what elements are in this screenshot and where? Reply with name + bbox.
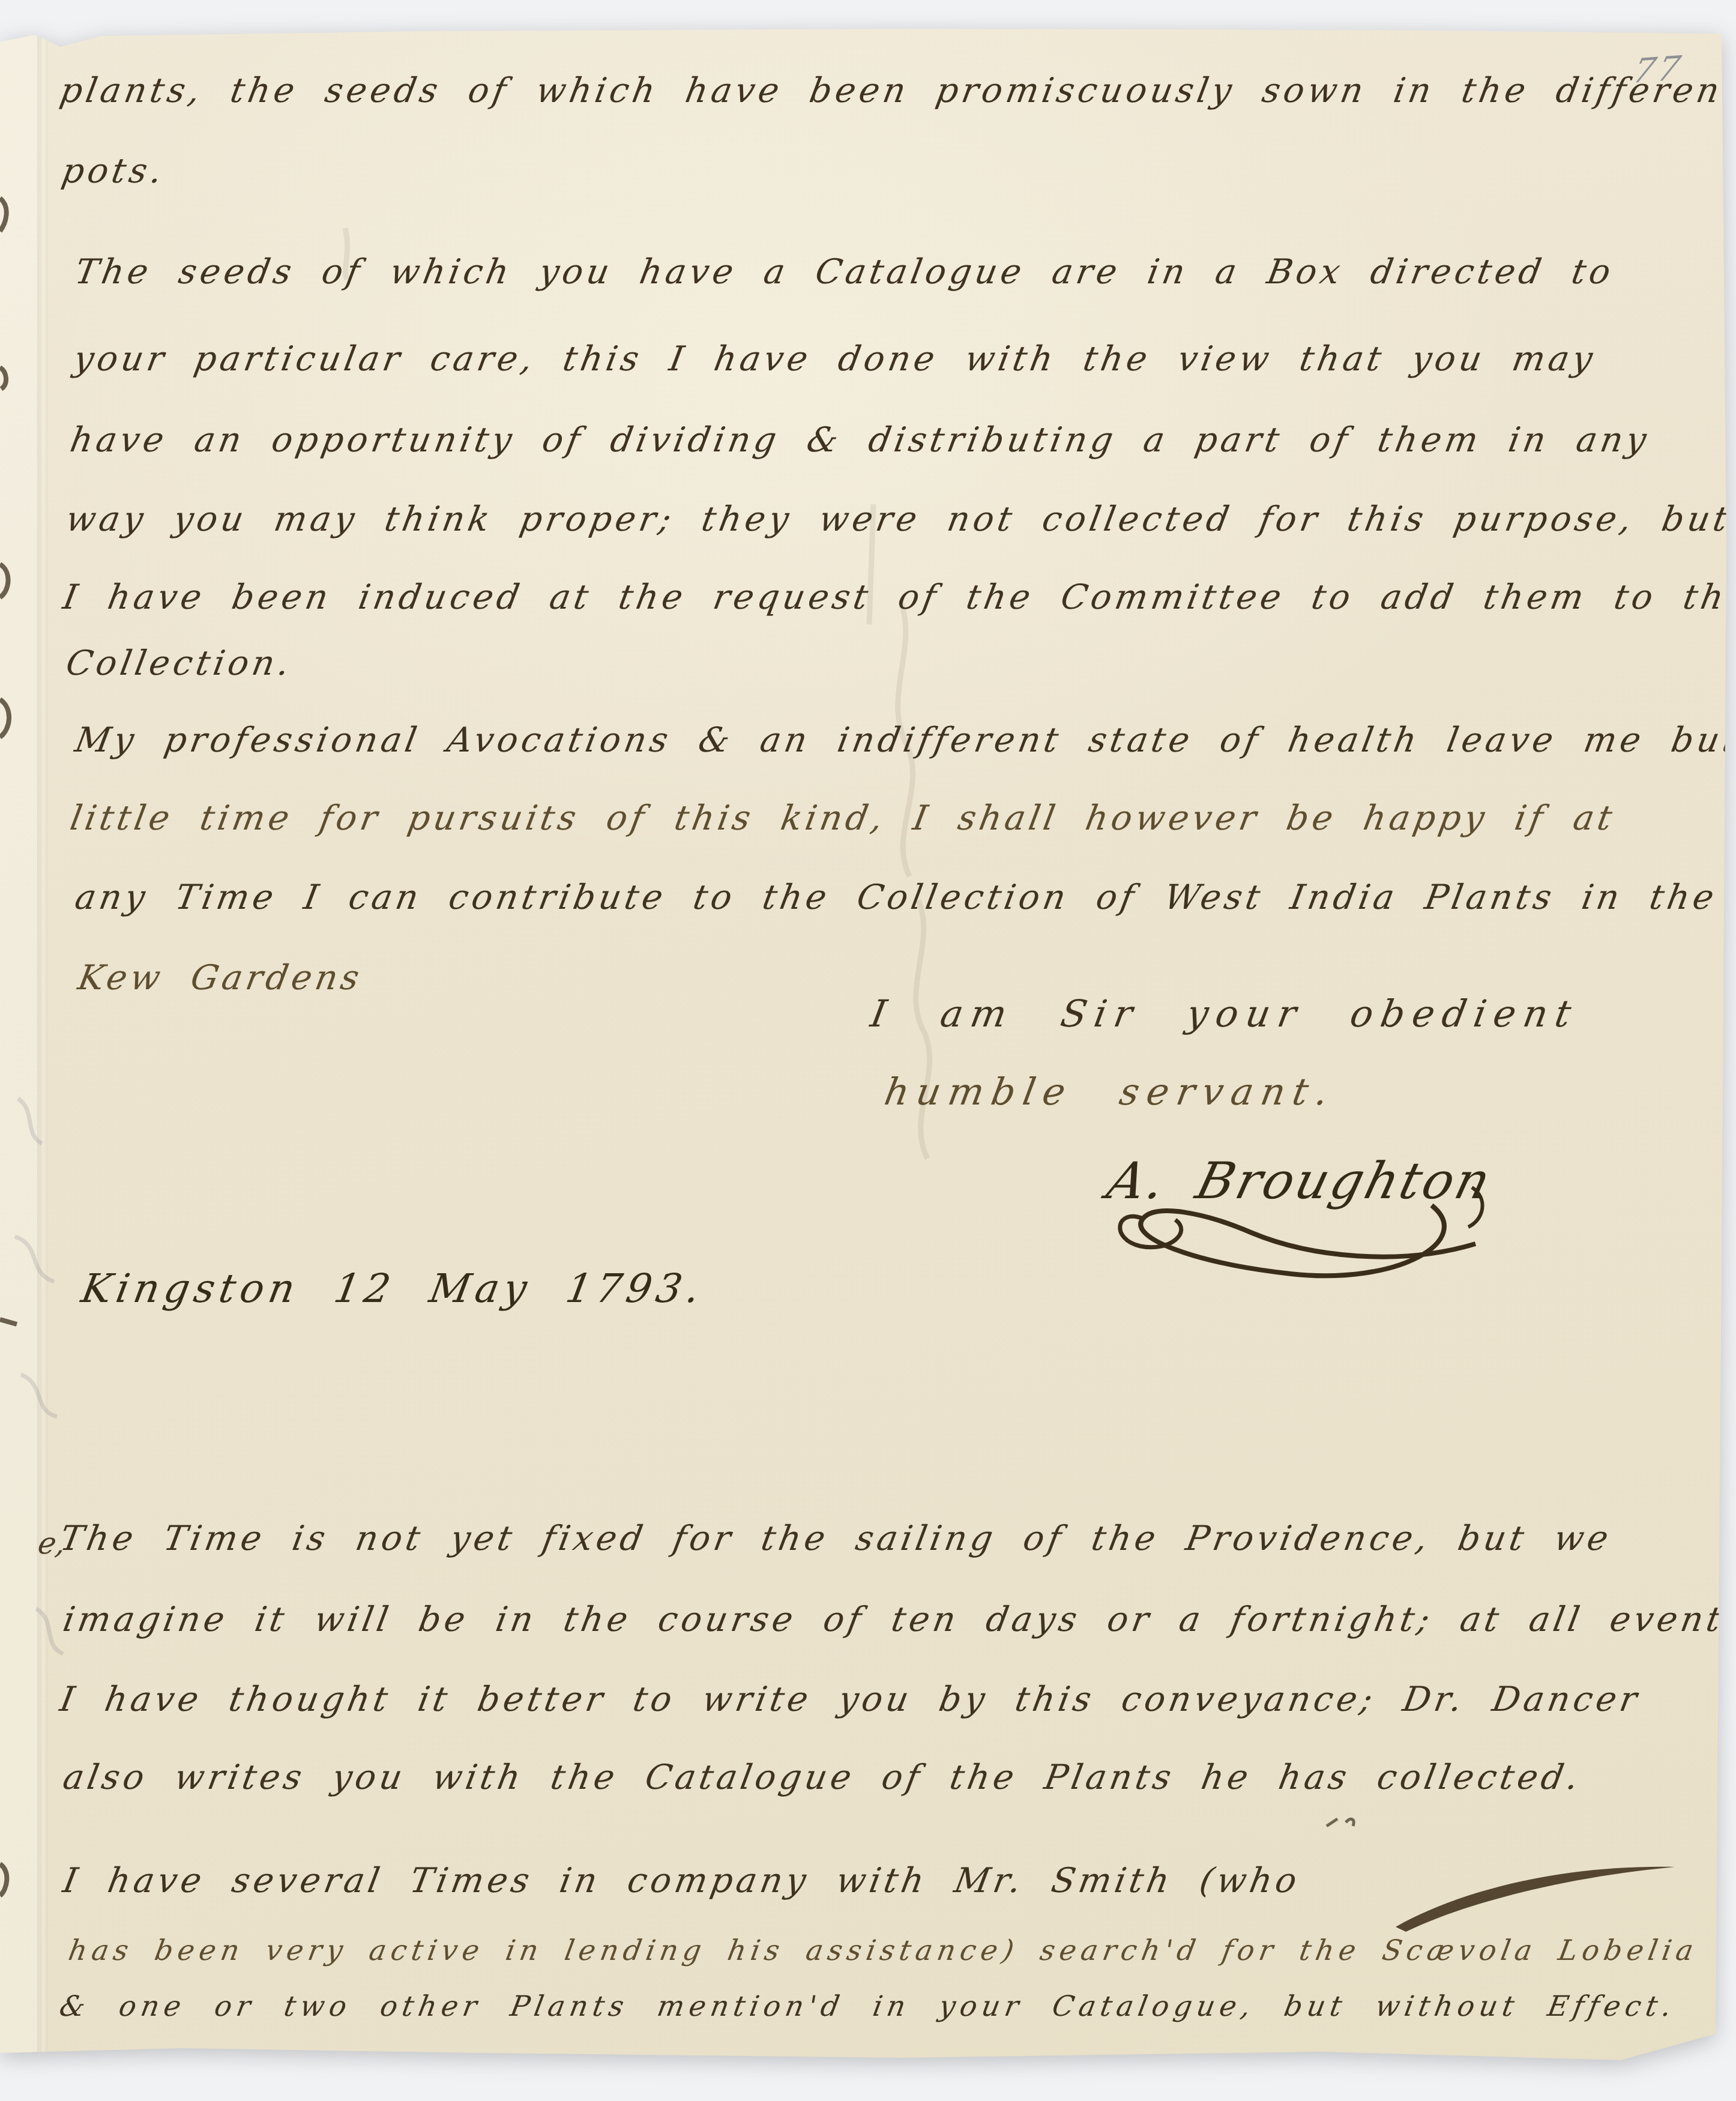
adjacent-page-edge xyxy=(0,0,40,2101)
closing-line-2: humble servant. xyxy=(881,1070,1339,1114)
body-line-7: I have been induced at the request of th… xyxy=(60,577,1736,617)
body-line-2: pots. xyxy=(59,151,169,191)
postscript-line-4: also writes you with the Catalogue of th… xyxy=(60,1758,1585,1797)
postscript-line-3: I have thought it better to write you by… xyxy=(57,1680,1644,1719)
postscript-line-1: The Time is not yet fixed for the sailin… xyxy=(57,1519,1615,1558)
left-fold-crease xyxy=(37,0,48,2101)
body-line-8: Collection. xyxy=(63,644,296,683)
postscript2-line-2: has been very active in lending his assi… xyxy=(66,1934,1701,1967)
body-line-9: My professional Avocations & an indiffer… xyxy=(72,720,1736,760)
body-line-10: little time for pursuits of this kind, I… xyxy=(67,798,1618,838)
letter-page: 77 plants, the seeds of which have been … xyxy=(0,0,1736,2101)
body-line-1: plants, the seeds of which have been pro… xyxy=(57,71,1736,110)
postscript2-line-3: & one or two other Plants mention'd in y… xyxy=(57,1990,1679,2023)
scan-background: 77 plants, the seeds of which have been … xyxy=(0,0,1736,2101)
postscript2-line-1: I have several Times in company with Mr.… xyxy=(60,1861,1303,1901)
body-line-3: The seeds of which you have a Catalogue … xyxy=(72,252,1617,292)
body-line-4: your particular care, this I have done w… xyxy=(71,339,1599,379)
body-line-6: way you may think proper; they were not … xyxy=(63,499,1734,539)
body-line-12: Kew Gardens xyxy=(75,958,366,998)
body-line-11: any Time I can contribute to the Collect… xyxy=(72,878,1720,917)
body-line-5: have an opportunity of dividing & distri… xyxy=(67,420,1653,460)
closing-line-1: I am Sir your obedient xyxy=(867,992,1582,1035)
signature: A. Broughton xyxy=(1102,1151,1498,1210)
dateline: Kingston 12 May 1793. xyxy=(78,1265,708,1312)
paper-shadow-wrap: 77 plants, the seeds of which have been … xyxy=(0,0,1736,2101)
postscript-line-2: imagine it will be in the course of ten … xyxy=(60,1600,1736,1639)
